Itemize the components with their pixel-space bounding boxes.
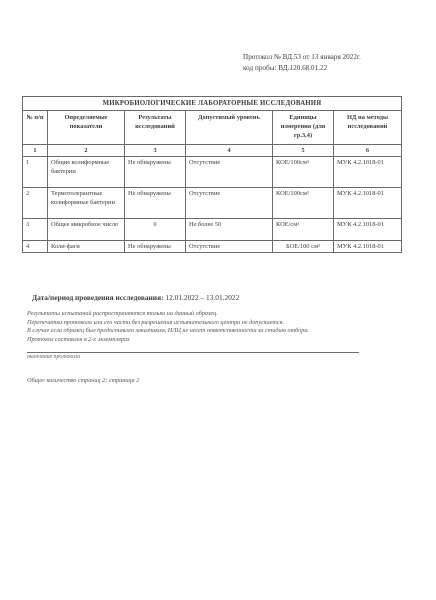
unit-cell: БОЕ/100 см3 bbox=[273, 241, 334, 253]
indicator-cell: Коли-фаги bbox=[48, 241, 125, 253]
table-row: 3 Общее микробное число 0 Не более 50 КО… bbox=[23, 219, 402, 241]
column-header-method: НД на методы исследований bbox=[334, 111, 402, 145]
column-num: 5 bbox=[273, 145, 334, 157]
result-cell: Не обнаружены bbox=[125, 188, 186, 219]
end-of-protocol-label: окончание протокола bbox=[27, 354, 80, 360]
unit-cell: КОЕ/100см3 bbox=[273, 157, 334, 188]
unit-cell: КОЕ/100см3 bbox=[273, 188, 334, 219]
notes-block: Результаты испытаний распространяются то… bbox=[27, 310, 309, 344]
table-row: 4 Коли-фаги Не обнаружены Отсутствие БОЕ… bbox=[23, 241, 402, 253]
unit-text: КОЕ/100см bbox=[276, 159, 307, 166]
column-num: 3 bbox=[125, 145, 186, 157]
method-cell: МУК 4.2.1018-01 bbox=[334, 157, 402, 188]
research-period: Дата/период проведения исследования: 12.… bbox=[32, 293, 239, 302]
unit-text: КОЕ/см bbox=[276, 221, 297, 228]
period-value: 12.01.2022 – 13.01.2022 bbox=[165, 293, 239, 302]
note-line: Протокол составлен в 2-х экземплярах bbox=[27, 336, 309, 345]
column-num: 4 bbox=[186, 145, 273, 157]
unit-superscript: 3 bbox=[297, 221, 299, 226]
column-header-unit: Единицы измерения (для гр.3,4) bbox=[273, 111, 334, 145]
row-number: 4 bbox=[23, 241, 48, 253]
limit-cell: Отсутствие bbox=[186, 241, 273, 253]
unit-superscript: 3 bbox=[307, 190, 309, 195]
sample-code: код пробы: ВД.120.68.01.22 bbox=[243, 63, 361, 74]
column-header-indicator: Определяемые показатели bbox=[48, 111, 125, 145]
column-num: 1 bbox=[23, 145, 48, 157]
row-number: 1 bbox=[23, 157, 48, 188]
column-num: 6 bbox=[334, 145, 402, 157]
unit-cell: КОЕ/см3 bbox=[273, 219, 334, 241]
method-cell: МУК 4.2.1018-01 bbox=[334, 188, 402, 219]
table-title: МИКРОБИОЛОГИЧЕСКИЕ ЛАБОРАТОРНЫЕ ИССЛЕДОВ… bbox=[23, 97, 402, 111]
note-line: Перепечатка протокола или его части без … bbox=[27, 319, 309, 328]
note-line: Результаты испытаний распространяются то… bbox=[27, 310, 309, 319]
lab-results-table: МИКРОБИОЛОГИЧЕСКИЕ ЛАБОРАТОРНЫЕ ИССЛЕДОВ… bbox=[22, 96, 402, 253]
page-count: Общее количество страниц 2; страница 2 bbox=[27, 377, 139, 384]
table-header-row: № п/п Определяемые показатели Результаты… bbox=[23, 111, 402, 145]
protocol-number: Протокол № ВД.53 от 13 января 2022г. bbox=[243, 52, 361, 63]
result-cell: Не обнаружены bbox=[125, 241, 186, 253]
column-header-limit: Допустимый уровень bbox=[186, 111, 273, 145]
limit-cell: Отсутствие bbox=[186, 188, 273, 219]
period-label: Дата/период проведения исследования: bbox=[32, 293, 164, 302]
indicator-cell: Термотолерантные колиформные бактерии bbox=[48, 188, 125, 219]
table-row: 2 Термотолерантные колиформные бактерии … bbox=[23, 188, 402, 219]
column-number-row: 1 2 3 4 5 6 bbox=[23, 145, 402, 157]
limit-cell: Отсутствие bbox=[186, 157, 273, 188]
column-num: 2 bbox=[48, 145, 125, 157]
result-cell: Не обнаружены bbox=[125, 157, 186, 188]
unit-superscript: 3 bbox=[318, 243, 320, 248]
table-row: 1 Общие колиформные бактерии Не обнаруже… bbox=[23, 157, 402, 188]
indicator-cell: Общее микробное число bbox=[48, 219, 125, 241]
unit-superscript: 3 bbox=[307, 159, 309, 164]
method-cell: МУК 4.2.1018-01 bbox=[334, 219, 402, 241]
result-cell: 0 bbox=[125, 219, 186, 241]
indicator-cell: Общие колиформные бактерии bbox=[48, 157, 125, 188]
note-line: В случае если образец был предоставлен з… bbox=[27, 327, 309, 336]
divider bbox=[27, 352, 359, 353]
column-header-result: Результаты исследований bbox=[125, 111, 186, 145]
limit-cell: Не более 50 bbox=[186, 219, 273, 241]
protocol-header: Протокол № ВД.53 от 13 января 2022г. код… bbox=[243, 52, 361, 74]
row-number: 2 bbox=[23, 188, 48, 219]
unit-text: БОЕ/100 см bbox=[286, 243, 318, 250]
row-number: 3 bbox=[23, 219, 48, 241]
unit-text: КОЕ/100см bbox=[276, 190, 307, 197]
method-cell: МУК 4.2.1018-01 bbox=[334, 241, 402, 253]
column-header-number: № п/п bbox=[23, 111, 48, 145]
